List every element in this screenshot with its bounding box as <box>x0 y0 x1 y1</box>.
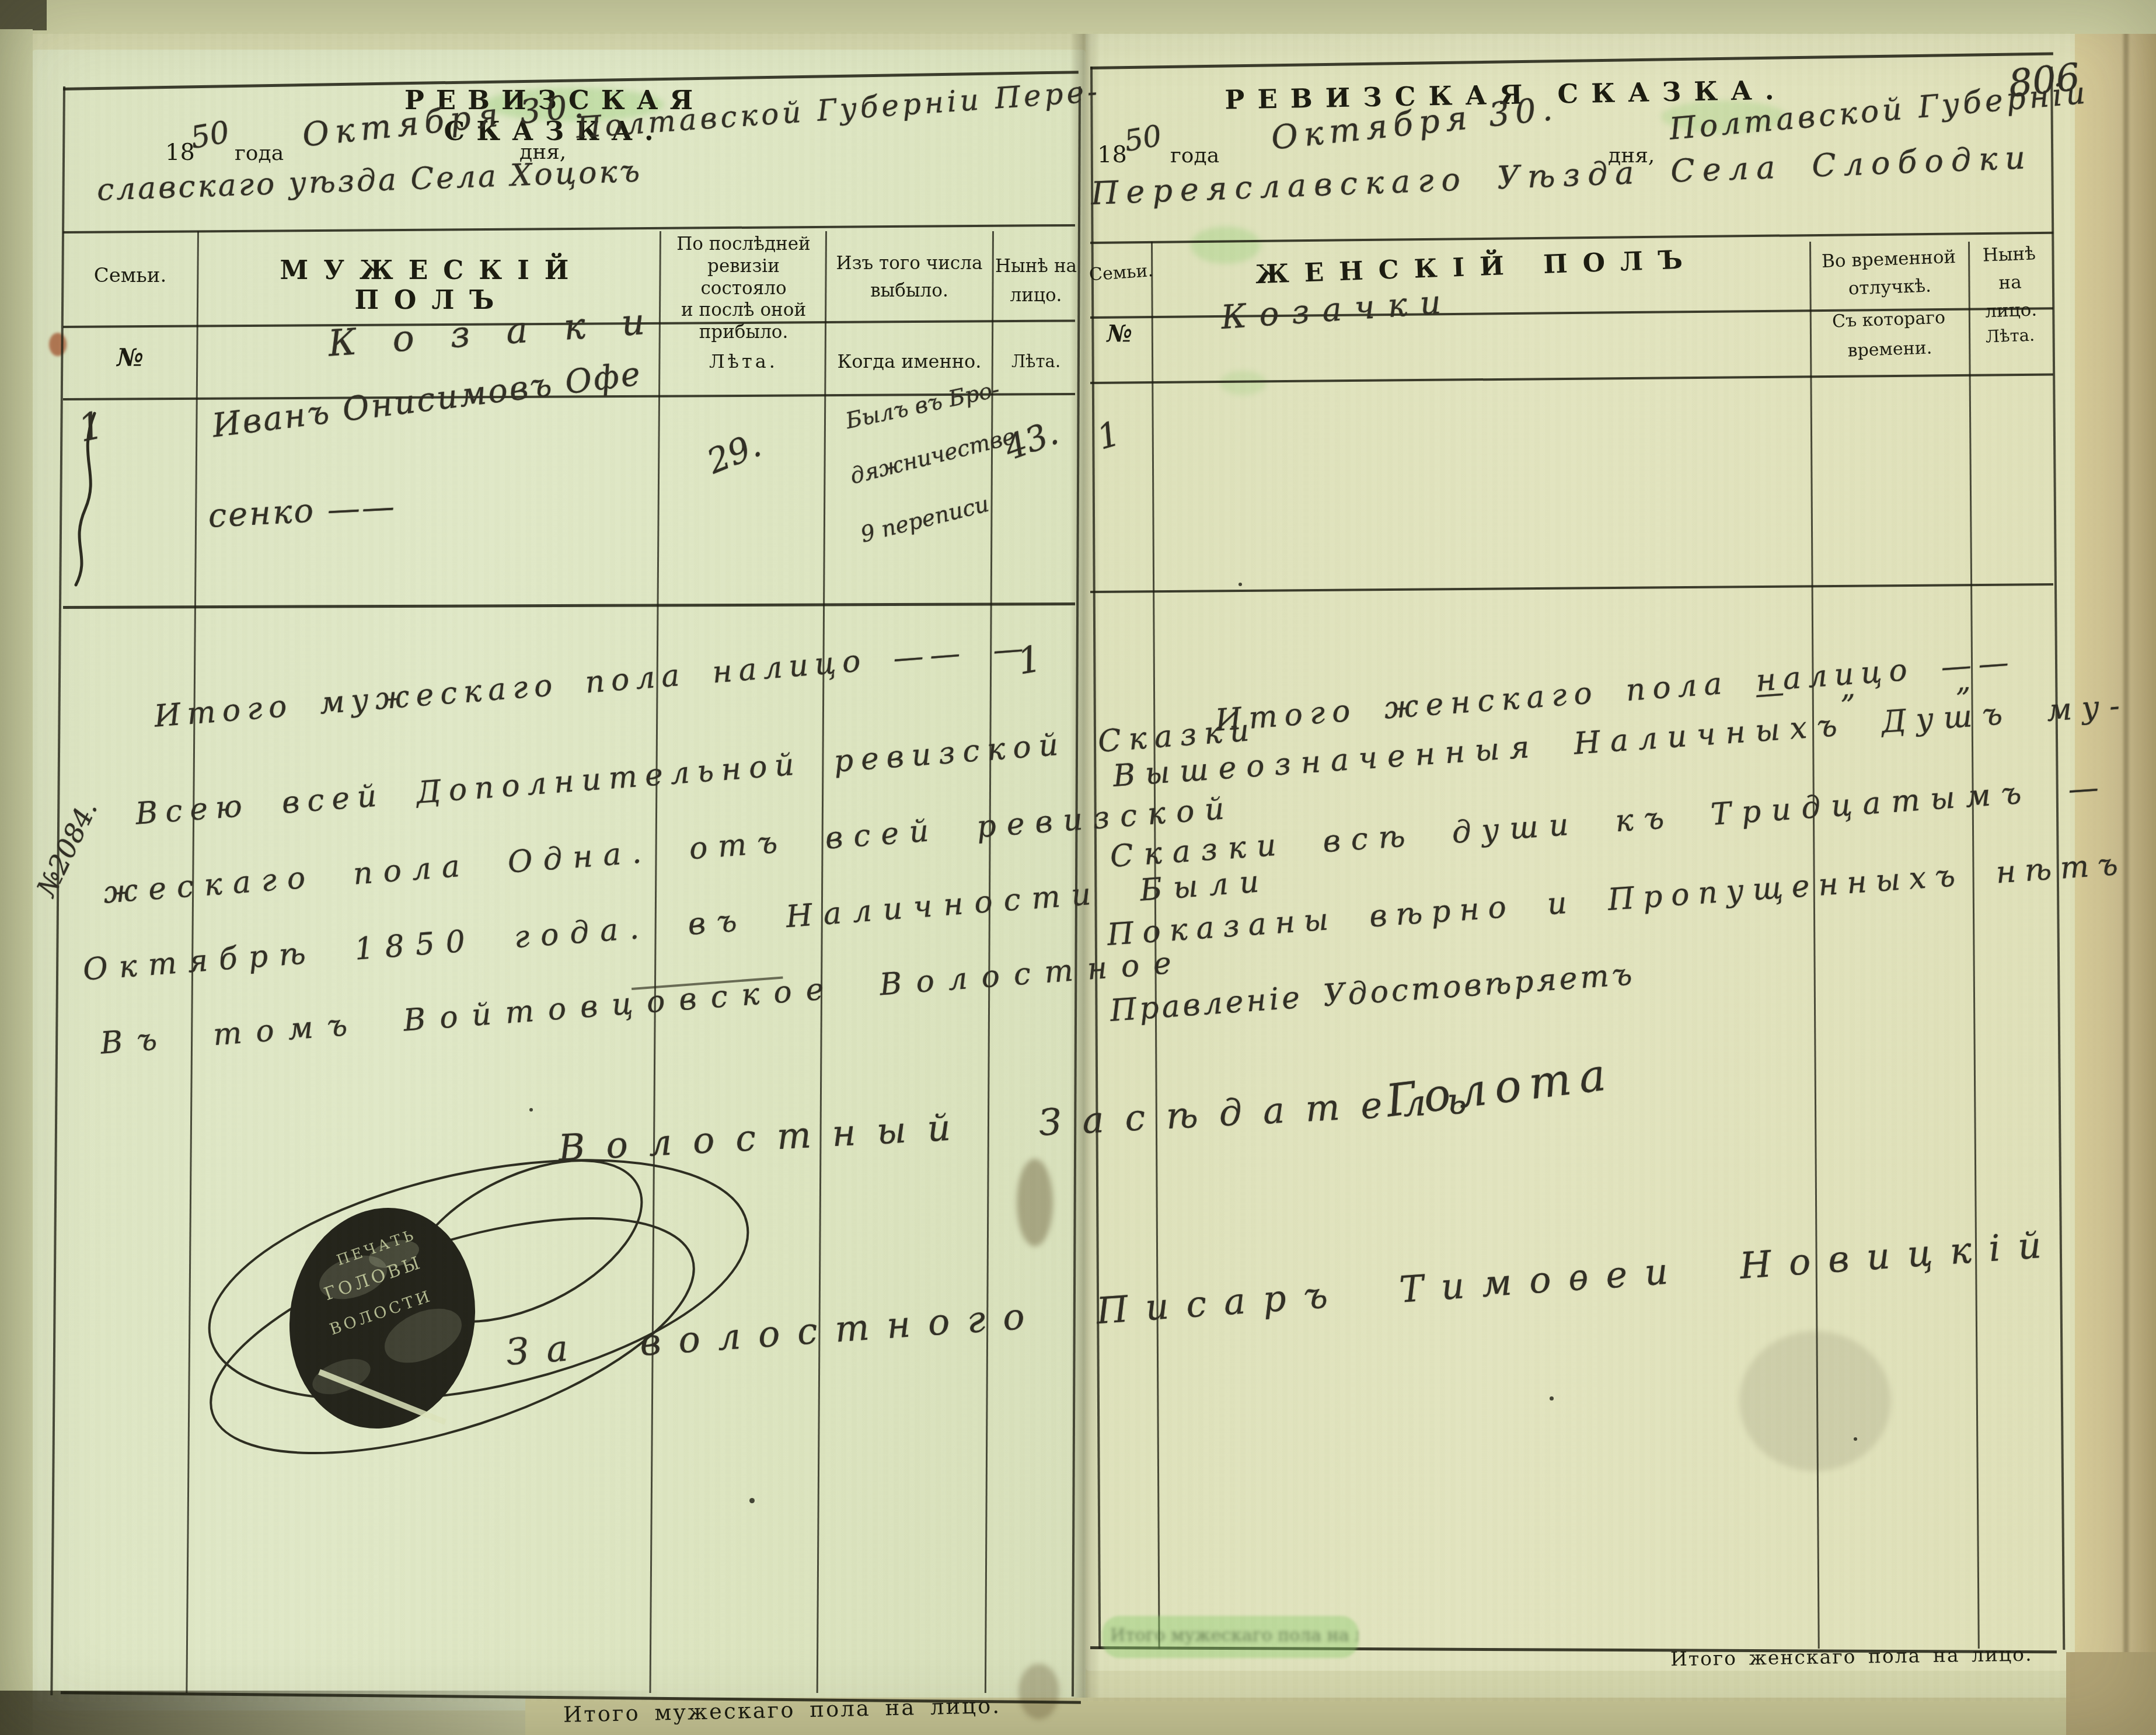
right-colhead-present-line1: Нынѣ на <box>1970 239 2049 298</box>
left-colhead-present-line1: Нынѣ на <box>995 252 1077 281</box>
ink-dot <box>529 1108 533 1112</box>
left-edge-strip <box>0 29 33 1735</box>
right-subhead-years: Лѣта. <box>1971 325 2049 347</box>
left-colhead-lastrev-line2: ревизіи состояло <box>663 256 824 300</box>
right-subhead-since-line2: времени. <box>1813 332 1967 367</box>
left-colhead-leftout-line1: Изъ того числа <box>829 250 990 277</box>
right-subhead-since-line1: Съ котораго <box>1812 302 1966 337</box>
ghost-footer-caption-text: Итого мужескаго пола на лицо <box>1110 1625 1359 1646</box>
left-colhead-present: Нынѣ на лицо. <box>995 252 1077 310</box>
right-colhead-away-line2: отлучкѣ. <box>1813 270 1967 304</box>
right-colhead-present: Нынѣ на лицо. <box>1970 239 2050 326</box>
green-artifact <box>1220 371 1267 395</box>
green-artifact <box>1191 227 1261 264</box>
right-date-year-hw: 50 <box>1122 119 1164 158</box>
left-subhead-years1: Лѣта. <box>663 350 824 372</box>
gutter-stain <box>1017 1159 1053 1246</box>
left-subhead-number: № <box>65 343 195 372</box>
ink-dot <box>1550 1396 1554 1400</box>
left-date-prefix: 18 <box>165 139 195 166</box>
family-number-flourish <box>58 403 128 598</box>
right-total-dash2-hw: „ <box>1954 663 1972 698</box>
right-subhead-number: № <box>1089 320 1150 347</box>
left-colhead-lastrev: По послѣдней ревизіи состояло и послѣ он… <box>663 234 824 344</box>
left-date-goda: года <box>235 141 284 165</box>
left-colhead-leftout-line2: выбыло. <box>829 277 990 305</box>
right-date-goda: года <box>1170 144 1219 168</box>
left-colhead-lastrev-line3: и послѣ оной <box>663 299 824 322</box>
right-colhead-away-line1: Во временной <box>1812 242 1966 276</box>
right-colhead-away: Во временной отлучкѣ. <box>1812 242 1966 304</box>
scanned-revision-list: РЕВИЗСКАЯ СКАЗКА. 18 50 года Октября 30.… <box>0 0 2156 1735</box>
volost-seal: ПЕЧАТЬ ГОЛОВЫ ВОЛОСТИ <box>149 1143 773 1525</box>
top-edge-strip <box>0 0 2156 34</box>
left-subhead-years2: Лѣта. <box>995 351 1077 371</box>
red-stain <box>49 333 67 356</box>
right-colhead-present-line2: лицо. <box>1972 295 2050 326</box>
left-colhead-lastrev-line4: прибыло. <box>663 322 824 344</box>
top-left-dark-corner <box>0 0 47 30</box>
ink-dot <box>1854 1437 1857 1441</box>
gutter-stain <box>1018 1664 1059 1719</box>
ink-smudge <box>1739 1331 1891 1471</box>
ghost-footer-caption: Итого мужескаго пола на лицо <box>1102 1616 1359 1658</box>
bottom-right-corner <box>2066 1652 2156 1735</box>
left-colhead-lastrev-line1: По послѣдней <box>663 234 824 256</box>
left-colhead-leftout: Изъ того числа выбыло. <box>829 250 990 304</box>
right-date-prefix: 18 <box>1097 141 1127 168</box>
right-colhead-family: Семьи. <box>1089 260 1150 285</box>
ink-dot <box>1239 583 1242 586</box>
left-subhead-when: Когда именно. <box>829 350 990 372</box>
left-date-year-hw: 50 <box>188 115 232 156</box>
right-subhead-since: Съ котораго времени. <box>1812 302 1966 367</box>
left-colhead-family: Семьи. <box>65 264 195 287</box>
left-colhead-present-line2: лицо. <box>995 281 1077 311</box>
